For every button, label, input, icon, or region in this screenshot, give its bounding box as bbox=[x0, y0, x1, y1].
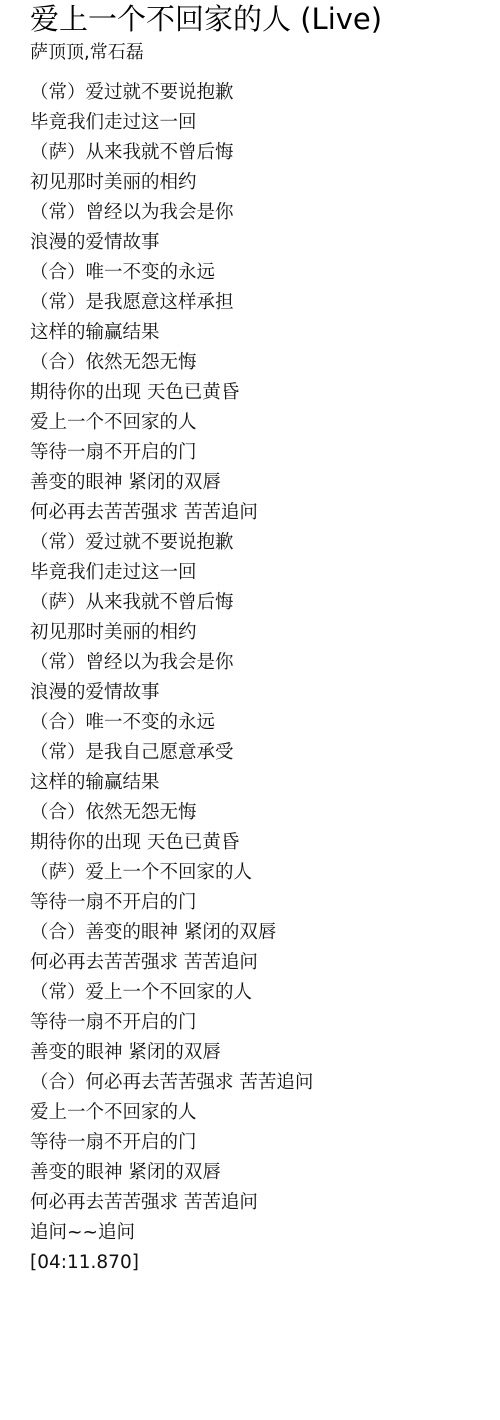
lyric-line: 期待你的出现 天色已黄昏 bbox=[30, 378, 490, 408]
lyric-line: 等待一扇不开启的门 bbox=[30, 1128, 490, 1158]
lyric-line: 爱上一个不回家的人 bbox=[30, 1098, 490, 1128]
lyric-line: 爱上一个不回家的人 bbox=[30, 408, 490, 438]
artist-names: 萨顶顶,常石磊 bbox=[30, 38, 490, 68]
lyric-line: （常）是我自己愿意承受 bbox=[30, 738, 490, 768]
lyric-line: 这样的输赢结果 bbox=[30, 318, 490, 348]
lyric-line: （合）依然无怨无悔 bbox=[30, 798, 490, 828]
lyric-line: （常）爱上一个不回家的人 bbox=[30, 978, 490, 1008]
lyric-line: （萨）爱上一个不回家的人 bbox=[30, 858, 490, 888]
lyric-line: （常）爱过就不要说抱歉 bbox=[30, 78, 490, 108]
lyric-line: 等待一扇不开启的门 bbox=[30, 438, 490, 468]
lyric-line: 追问~~追问 bbox=[30, 1218, 490, 1248]
lyric-line: 毕竟我们走过这一回 bbox=[30, 558, 490, 588]
lyric-line: （合）何必再去苦苦强求 苦苦追问 bbox=[30, 1068, 490, 1098]
lyric-line: （萨）从来我就不曾后悔 bbox=[30, 138, 490, 168]
lyric-line: 期待你的出现 天色已黄昏 bbox=[30, 828, 490, 858]
lyric-line: （萨）从来我就不曾后悔 bbox=[30, 588, 490, 618]
lyric-line: 善变的眼神 紧闭的双唇 bbox=[30, 1158, 490, 1188]
lyric-line: （常）曾经以为我会是你 bbox=[30, 198, 490, 228]
lyric-line: 善变的眼神 紧闭的双唇 bbox=[30, 468, 490, 498]
lyric-line: （合）依然无怨无悔 bbox=[30, 348, 490, 378]
lyric-line: 毕竟我们走过这一回 bbox=[30, 108, 490, 138]
lyric-line: 何必再去苦苦强求 苦苦追问 bbox=[30, 1188, 490, 1218]
lyric-line: 何必再去苦苦强求 苦苦追问 bbox=[30, 498, 490, 528]
lyric-line: 初见那时美丽的相约 bbox=[30, 168, 490, 198]
lyric-line: 等待一扇不开启的门 bbox=[30, 1008, 490, 1038]
lyric-line: （合）善变的眼神 紧闭的双唇 bbox=[30, 918, 490, 948]
lyric-line: （常）曾经以为我会是你 bbox=[30, 648, 490, 678]
lyric-line: 浪漫的爱情故事 bbox=[30, 678, 490, 708]
lyrics-list: （常）爱过就不要说抱歉 毕竟我们走过这一回 （萨）从来我就不曾后悔 初见那时美丽… bbox=[30, 78, 490, 1278]
lyric-line: （常）爱过就不要说抱歉 bbox=[30, 528, 490, 558]
lyric-line: 等待一扇不开启的门 bbox=[30, 888, 490, 918]
lyric-line: 初见那时美丽的相约 bbox=[30, 618, 490, 648]
end-timestamp: [04:11.870] bbox=[30, 1248, 490, 1278]
lyric-line: （常）是我愿意这样承担 bbox=[30, 288, 490, 318]
lyric-line: （合）唯一不变的永远 bbox=[30, 708, 490, 738]
lyric-line: 这样的输赢结果 bbox=[30, 768, 490, 798]
lyrics-page: 爱上一个不回家的人 (Live) 萨顶顶,常石磊 （常）爱过就不要说抱歉 毕竟我… bbox=[30, 0, 490, 1278]
lyric-line: 浪漫的爱情故事 bbox=[30, 228, 490, 258]
song-title: 爱上一个不回家的人 (Live) bbox=[30, 0, 490, 38]
lyric-line: 何必再去苦苦强求 苦苦追问 bbox=[30, 948, 490, 978]
lyric-line: 善变的眼神 紧闭的双唇 bbox=[30, 1038, 490, 1068]
lyric-line: （合）唯一不变的永远 bbox=[30, 258, 490, 288]
